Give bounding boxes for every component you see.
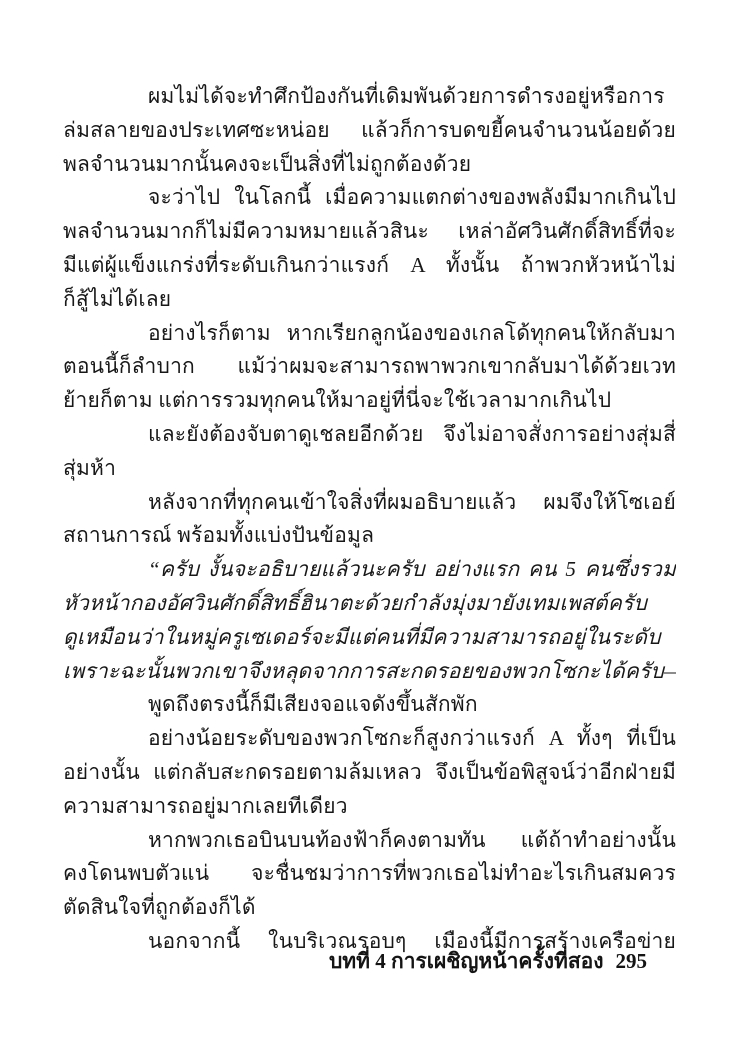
text-line-3: พลจำนวนมากนั้นคงจะเป็นสิ่งที่ไม่ถูกต้องด… bbox=[63, 148, 676, 182]
text-line-13: หลังจากที่ทุกคนเข้าใจสิ่งที่ผมอธิบายแล้ว… bbox=[63, 486, 676, 520]
book-page: ผมไม่ได้จะทำศึกป้องกันที่เดิมพันด้วยการด… bbox=[0, 0, 738, 1051]
text-line-22: ความสามารถอยู่มากเลยทีเดียว bbox=[63, 790, 676, 824]
text-line-19: พูดถึงตรงนี้ก็มีเสียงจอแจดังขึ้นสักพัก bbox=[63, 688, 676, 722]
text-line-12: สุ่มห้า bbox=[63, 452, 676, 486]
text-line-4: จะว่าไป ในโลกนี้ เมื่อความแตกต่างของพลัง… bbox=[63, 181, 676, 215]
quote-line-1: “ครับ งั้นจะอธิบายแล้วนะครับ อย่างแรก คน… bbox=[63, 553, 676, 587]
text-line-1: ผมไม่ได้จะทำศึกป้องกันที่เดิมพันด้วยการด… bbox=[63, 80, 676, 114]
text-line-7: ก็สู้ไม่ได้เลย bbox=[63, 283, 676, 317]
text-line-25: ตัดสินใจที่ถูกต้องก็ได้ bbox=[63, 891, 676, 925]
text-line-5: พลจำนวนมากก็ไม่มีความหมายแล้วสินะ เหล่าอ… bbox=[63, 215, 676, 249]
text-line-11: และยังต้องจับตาดูเชลยอีกด้วย จึงไม่อาจสั… bbox=[63, 418, 676, 452]
chapter-title: บทที่ 4 การเผชิญหน้าครั้งที่สอง bbox=[329, 949, 604, 973]
text-line-10: ย้ายก็ตาม แต่การรวมทุกคนให้มาอยู่ที่นี่จ… bbox=[63, 384, 676, 418]
text-line-24: คงโดนพบตัวแน่ จะชื่นชมว่าการที่พวกเธอไม่… bbox=[63, 857, 676, 891]
text-line-23: หากพวกเธอบินบนท้องฟ้าก็คงตามทัน แต้ถ้าทำ… bbox=[63, 824, 676, 858]
text-line-14: สถานการณ์ พร้อมทั้งแบ่งปันข้อมูล bbox=[63, 519, 676, 553]
text-line-21: อย่างนั้น แต่กลับสะกดรอยตามล้มเหลว จึงเป… bbox=[63, 756, 676, 790]
page-number: 295 bbox=[616, 949, 648, 973]
quote-line-3: ดูเหมือนว่าในหมู่ครูเซเดอร์จะมีแต่คนที่ม… bbox=[63, 621, 676, 655]
text-line-9: ตอนนี้ก็ลำบาก แม้ว่าผมจะสามารถพาพวกเขากล… bbox=[63, 350, 676, 384]
quote-line-2: หัวหน้ากองอัศวินศักดิ์สิทธิ์ฮินาตะด้วยกำ… bbox=[63, 587, 676, 621]
body-text-block: ผมไม่ได้จะทำศึกป้องกันที่เดิมพันด้วยการด… bbox=[63, 80, 676, 959]
text-line-20: อย่างน้อยระดับของพวกโซกะก็สูงกว่าแรงก์ A… bbox=[63, 722, 676, 756]
text-line-8: อย่างไรก็ตาม หากเรียกลูกน้องของเกลโด้ทุก… bbox=[63, 317, 676, 351]
quote-line-4: เพราะฉะนั้นพวกเขาจึงหลุดจากการสะกดรอยของ… bbox=[63, 655, 676, 689]
page-footer: บทที่ 4 การเผชิญหน้าครั้งที่สอง295 bbox=[329, 944, 647, 978]
text-line-2: ล่มสลายของประเทศซะหน่อย แล้วก็การบดขยี้ค… bbox=[63, 114, 676, 148]
text-line-6: มีแต่ผู้แข็งแกร่งที่ระดับเกินกว่าแรงก์ A… bbox=[63, 249, 676, 283]
